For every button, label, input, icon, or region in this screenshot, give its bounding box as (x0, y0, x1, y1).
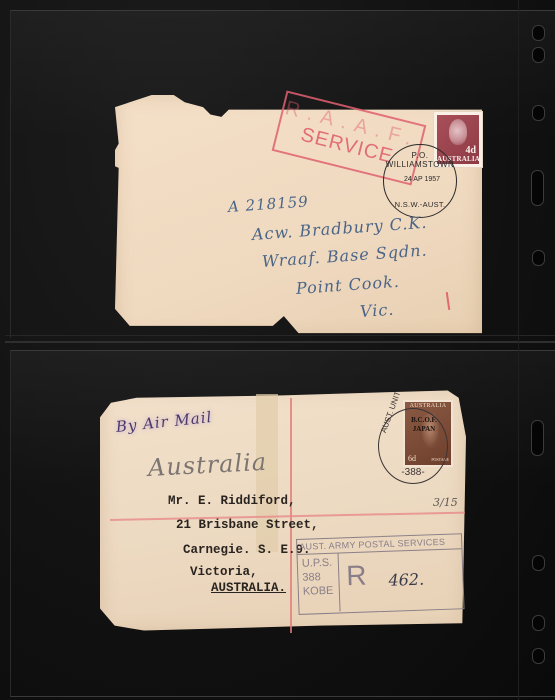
registration-letter: R (346, 560, 367, 593)
ups-line: U.P.S. (302, 556, 333, 571)
rate-notation: 3/15 (433, 498, 458, 508)
address-line: AUSTRALIA. (211, 581, 286, 595)
strip-edge (5, 335, 555, 336)
ups-line: KOBE (303, 584, 334, 599)
registration-number: 462. (388, 570, 424, 590)
binder-hole (532, 25, 545, 41)
binder-hole (532, 648, 545, 664)
binder-slot (531, 170, 544, 206)
binder-rail (518, 0, 519, 700)
address-line: Mr. E. Riddiford, (168, 494, 296, 508)
strip-divider (5, 341, 555, 343)
binder-hole (532, 47, 545, 63)
postmark-date: 24 AP 1957 (392, 176, 452, 183)
postmark-unit-388: AUST. UNIT -388- (378, 408, 448, 484)
postmark-ring-bottom: N.S.W.-AUST. (384, 200, 456, 209)
address-line: Victoria, (190, 565, 258, 579)
address-line: Carnegie. S. E.9. (183, 543, 311, 557)
binder-hole (532, 105, 545, 121)
queen-portrait-icon (449, 119, 467, 145)
postmark-williamstown: P.O. WILLIAMSTOWN 24 AP 1957 N.S.W.-AUST… (383, 144, 457, 218)
binder-slot (531, 420, 544, 456)
postmark-number: -388- (379, 467, 447, 478)
address-line: Vic. (359, 300, 395, 321)
ups-block: U.P.S. 388 KOBE (302, 556, 334, 599)
binder-hole (532, 250, 545, 266)
address-line: 21 Brisbane Street, (176, 518, 319, 532)
postmark-ring-top: P.O. WILLIAMSTOWN (384, 151, 456, 169)
registration-cachet: AUST. ARMY POSTAL SERVICES U.P.S. 388 KO… (296, 533, 465, 615)
ups-line: 388 (302, 570, 333, 585)
cachet-divider (338, 554, 341, 612)
binder-hole (532, 615, 545, 631)
binder-hole (532, 555, 545, 571)
